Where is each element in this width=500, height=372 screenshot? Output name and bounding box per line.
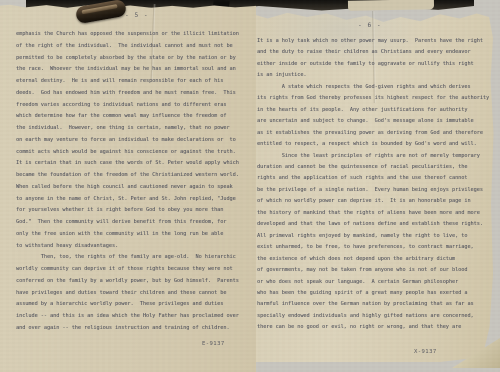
text-line: are uncertain and subject to change. God… — [257, 116, 489, 127]
text-line: the history of mankind that the rights o… — [257, 208, 489, 219]
text-line: have privileges and duties toward their … — [16, 288, 239, 300]
text-line: duration and cannot be the quintessence … — [257, 162, 489, 173]
text-line: All primeval rights enjoyed by mankind, … — [257, 231, 489, 242]
text-line: or who does not speak our language. A ce… — [257, 277, 489, 288]
text-line: its rights from God thereby professes it… — [257, 93, 489, 104]
text-line: Then, too, the rights of the family are … — [16, 252, 239, 264]
text-line: and the duty to raise their children as … — [257, 47, 489, 58]
text-line: God." Then the community will derive ben… — [16, 217, 239, 229]
text-line: on earth may venture to force an individ… — [16, 135, 239, 147]
text-line: to anyone in the name of Christ, St. Pet… — [16, 194, 239, 206]
text-line: and over again -- the religious instruct… — [16, 323, 239, 335]
text-line: conferred on the family by a worldly pow… — [16, 276, 239, 288]
text-line: only the free union with the community w… — [16, 229, 239, 241]
text-line: Since the least principles of rights are… — [257, 151, 489, 162]
text-line: assumed by a hierarchic worldly power. T… — [16, 299, 239, 311]
text-line: of the right of the individual. The indi… — [16, 41, 239, 53]
text-line: specially endowed individuals and highly… — [257, 311, 489, 322]
text-line: permitted to be completely absorbed by t… — [16, 53, 239, 65]
page-6-body-text: It is a holy task which no other power m… — [257, 36, 489, 334]
text-line: harmful influence over the German nation… — [257, 299, 489, 310]
text-line: who has been the guiding spirit of a gre… — [257, 288, 489, 299]
text-line: When called before the high council and … — [16, 182, 239, 194]
text-line: commit acts which would be against his c… — [16, 147, 239, 159]
text-line: in the hearts of its people. Any other j… — [257, 105, 489, 116]
text-line: freedom varies according to individual n… — [16, 100, 239, 112]
text-line: the race. Whoever the individual may be … — [16, 64, 239, 76]
text-line: became the foundation of the freedom of … — [16, 170, 239, 182]
text-line: to withstand heavy disadvantages. — [16, 241, 239, 253]
document-code-right: X-9137 — [414, 349, 437, 355]
text-line: be the privilege of a single nation. Eve… — [257, 185, 489, 196]
text-line: the individual. However, one thing is ce… — [16, 123, 239, 135]
text-line: rights and the application of such right… — [257, 173, 489, 184]
text-line: there can be no good or evil, no right o… — [257, 322, 489, 333]
text-line: exist unharmed, to be free, to have pref… — [257, 242, 489, 253]
text-line: emphasis the Church has opposed the susp… — [16, 29, 239, 41]
text-line: of which no worldly power can deprive it… — [257, 196, 489, 207]
text-line: of governments, may not be taken from an… — [257, 265, 489, 276]
document-code-left: E-9137 — [202, 341, 225, 347]
document-scan-photo: - 5 - - 6 - emphasis the Church has oppo… — [0, 0, 500, 372]
text-line: worldly community can deprive it of thos… — [16, 264, 239, 276]
text-line: is an injustice. — [257, 70, 489, 81]
page-5-body-text: emphasis the Church has opposed the susp… — [16, 29, 239, 335]
text-line: the existence of which does not depend u… — [257, 254, 489, 265]
text-line: It is a holy task which no other power m… — [257, 36, 489, 47]
text-line: It is certain that in such case the word… — [16, 158, 239, 170]
text-line: deeds. God has endowed him with freedom … — [16, 88, 239, 100]
page-number-left: - 5 - — [125, 12, 149, 19]
paper-flap — [348, 0, 434, 11]
text-line: as it establishes the prevailing power a… — [257, 128, 489, 139]
text-line: which determine how far the common weal … — [16, 111, 239, 123]
text-line: A state which respects the God-given rig… — [257, 82, 489, 93]
text-line: include -- and this is an idea which the… — [16, 311, 239, 323]
text-line: either inside or outside the family to a… — [257, 59, 489, 70]
text-line: eternal destiny. He is and will remain r… — [16, 76, 239, 88]
text-line: developed and that the laws of nations d… — [257, 219, 489, 230]
text-line: for yourselves whether it is right befor… — [16, 205, 239, 217]
text-line: entitled to respect, a respect which is … — [257, 139, 489, 150]
page-number-right: - 6 - — [358, 22, 382, 29]
